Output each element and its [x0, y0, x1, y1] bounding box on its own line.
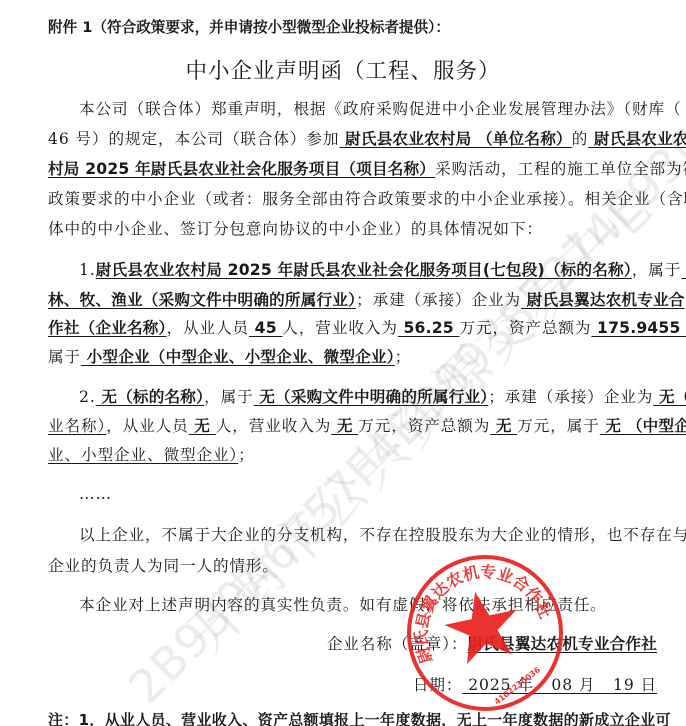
text: 的 — [572, 130, 589, 148]
text: 采购活动，工程的施工单位全部为符合 — [435, 160, 686, 178]
text: ； — [395, 348, 412, 366]
intro-line-3: 村局 2025 年尉氏县农业社会化服务项目（项目名称）采购活动，工程的施工单位全… — [48, 159, 657, 179]
attachment-header: 附件 1（符合政策要求，并申请按小型微型企业投标者提供）： — [48, 18, 657, 38]
project-name-cont: 村局 2025 年尉氏县农业社会化服务项目（项目名称） — [48, 160, 435, 178]
text: 万元，资产总额为 — [459, 319, 591, 337]
item-number: 1. — [79, 261, 96, 279]
intro-line-1: 本公司（联合体）郑重声明，根据《政府采购促进中小企业发展管理办法》（财库（ 20… — [79, 99, 657, 119]
bid-name: 无（标的名称） — [96, 388, 204, 406]
bid-name: 尉氏县农业农村局 2025 年尉氏县农业社会化服务项目(七包段)（标的名称） — [96, 261, 632, 279]
text: 属于 — [48, 348, 81, 366]
assets-value: 无 — [490, 417, 517, 435]
company-name-cont: 业名称） — [48, 417, 106, 435]
item1-line-2: 林、牧、渔业（采购文件中明确的所属行业）；承建（承接）企业为 尉氏县翼达农机专业… — [48, 290, 657, 310]
document-page: 开封市公共资源交易中心 2B939A6757F4ED89387274E93020… — [0, 0, 686, 726]
project-name: 尉氏县农业农 — [588, 130, 686, 148]
date-label: 日期： — [413, 676, 462, 694]
text: ，从业人员 — [106, 417, 188, 435]
company-name: 尉氏县翼达农机专业合 — [521, 291, 685, 309]
enterprise-type: 无 （中型企 — [600, 417, 686, 435]
company-name-cont: 作社（企业名称） — [48, 319, 167, 337]
text: 人，营业收入为 — [282, 319, 397, 337]
intro-line-4: 政策要求的中小企业（或者：服务全部由符合政策要求的中小企业承接）。相关企业（含联… — [48, 189, 657, 209]
item1-line-4: 属于 小型企业（中型企业、小型企业、微型企业）； — [48, 347, 657, 367]
statement-line-2: 企业的负责人为同一人的情形。 — [48, 556, 657, 576]
footnote: 注：1．从业人员、营业收入、资产总额填报上一年度数据，无上一年度数据的新成立企业… — [48, 710, 657, 726]
intro-line-2: 46 号）的规定，本公司（联合体）参加 尉氏县农业农村局 （单位名称）的 尉氏县… — [48, 129, 657, 149]
item1-line-3: 作社（企业名称），从业人员 45 人，营业收入为 56.25 万元，资产总额为 … — [48, 318, 657, 338]
employees-value: 无 — [189, 417, 216, 435]
industry: 无（采购文件中明确的所属行业） — [254, 388, 489, 406]
month: 08 — [546, 676, 579, 694]
text: ； — [238, 446, 255, 464]
intro-line-5: 体中的中小企业、签订分包意向协议的中小企业）的具体情况如下： — [48, 219, 657, 239]
text: 日 — [641, 676, 658, 694]
item2-line-1: 2. 无（标的名称），属于 无（采购文件中明确的所属行业）；承建（承接）企业为 … — [79, 387, 657, 407]
employees-value: 45 — [249, 319, 282, 337]
text: ；承建（承接）企业为 — [356, 291, 521, 309]
industry-cont: 林、牧、渔业（采购文件中明确的所属行业） — [48, 291, 356, 309]
assets-value: 175.9455 — [591, 319, 686, 337]
text: 万元，资产总额为 — [358, 417, 490, 435]
signature-company-line: 企业名称（盖章）：尉氏县翼达农机专业合作社 — [327, 634, 657, 654]
revenue-value: 56.25 — [398, 319, 460, 337]
text: 46 号）的规定，本公司（联合体）参加 — [48, 130, 339, 148]
day: 19 — [607, 676, 640, 694]
text: 人，营业收入为 — [216, 417, 331, 435]
text: 万元，属于 — [517, 417, 599, 435]
text: ；承建（承接）企业为 — [488, 388, 653, 406]
text: ，从业人员 — [167, 319, 249, 337]
company-name: 无（企 — [653, 388, 686, 406]
signature-company: 尉氏县翼达农机专业合作社 — [467, 635, 657, 653]
unit-name: 尉氏县农业农村局 （单位名称） — [339, 130, 571, 148]
signature-date-line: 日期： 2025 年 08 月 19 日 — [413, 675, 657, 695]
item2-line-3: 业、小型企业、微型企业）； — [48, 445, 657, 465]
ellipsis: …… — [79, 484, 657, 504]
item2-line-2: 业名称），从业人员 无 人，营业收入为 无 万元，资产总额为 无 万元，属于 无… — [48, 416, 657, 436]
statement-line-1: 以上企业，不属于大企业的分支机构，不存在控股股东为大企业的情形，也不存在与大 — [79, 525, 657, 545]
responsibility-statement: 本企业对上述声明内容的真实性负责。如有虚假，将依法承担相应责任。 — [79, 595, 657, 615]
date-value: 2025 年 08 月 19 日 — [462, 676, 657, 694]
item-number: 2. — [79, 388, 96, 406]
text: ，属于 — [632, 261, 681, 279]
enterprise-type-cont: 业、小型企业、微型企业） — [48, 446, 238, 464]
year: 2025 — [462, 676, 517, 694]
signature-label: 企业名称（盖章）： — [327, 635, 468, 653]
text: 月 — [579, 676, 596, 694]
enterprise-type: 小型企业（中型企业、小型企业、微型企业） — [81, 348, 395, 366]
text: ，属于 — [204, 388, 253, 406]
industry: 农、 — [681, 261, 686, 279]
text: 年 — [517, 676, 534, 694]
item1-line-1: 1.尉氏县农业农村局 2025 年尉氏县农业社会化服务项目(七包段)（标的名称）… — [79, 260, 657, 280]
revenue-value: 无 — [331, 417, 358, 435]
page-title: 中小企业声明函（工程、服务） — [0, 58, 686, 86]
